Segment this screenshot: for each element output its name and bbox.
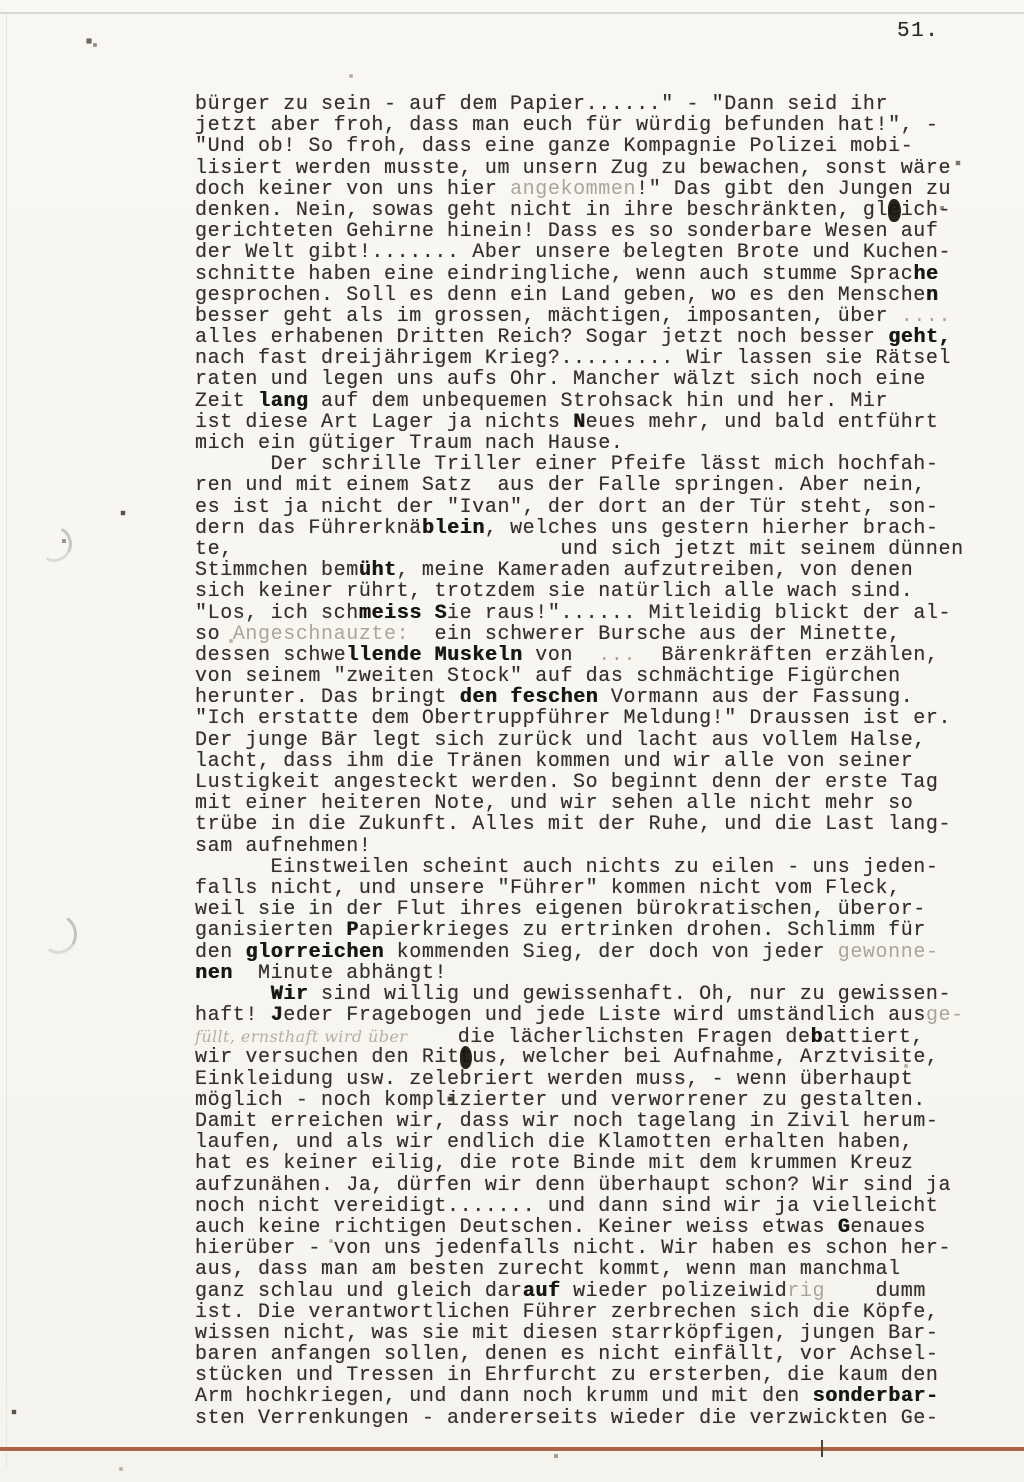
text-line: ist. Die verantwortlichen Führer zerbrec… [195, 1302, 1005, 1323]
text-line: gesprochen. Soll es denn ein Land geben,… [195, 285, 1005, 306]
text-line: haft! Jeder Fragebogen und jede Liste wi… [195, 1005, 1005, 1026]
text-segment: !" Das gibt den Jungen zu [636, 178, 951, 201]
text-line: dessen schwellende Muskeln von ... Bären… [195, 645, 1005, 666]
text-line: weil sie in der Flut ihres eigenen bürok… [195, 899, 1005, 920]
text-segment: Minute abhängt! [233, 962, 447, 985]
overstruck-text: lang [258, 390, 308, 413]
text-line: raten und legen uns aufs Ohr. Mancher wä… [195, 369, 1005, 390]
text-segment: ist diese Art Lager ja nichts [195, 411, 573, 434]
text-line: jetzt aber froh, dass man euch für würdi… [195, 115, 1005, 136]
punch-hole-top [31, 521, 76, 566]
text-line: von seinem "zweiten Stock" auf das schmä… [195, 666, 1005, 687]
text-segment: Lustigkeit angesteckt werden. So beginnt… [195, 771, 939, 794]
text-line: lisiert werden musste, um unsern Zug zu … [195, 158, 1005, 179]
text-line: lacht, dass ihm die Tränen kommen und wi… [195, 751, 1005, 772]
text-segment: stücken und Tressen in Ehrfurcht zu erst… [195, 1364, 939, 1387]
text-segment: Damit erreichen wir, dass wir noch tagel… [195, 1110, 939, 1133]
text-segment: enaues [850, 1216, 926, 1239]
text-segment: denken. Nein, sowas geht nicht in ihre b… [195, 199, 888, 222]
scan-bottom-rule [0, 1447, 1024, 1451]
text-segment: "Los, ich sch [195, 602, 359, 625]
faint-text: angekommen [510, 178, 636, 201]
handwritten-correction: füllt, ernsthaft wird über [195, 1027, 407, 1046]
overstruck-text: P [346, 919, 359, 942]
text-segment: aufzunähen. Ja, dürfen wir denn überhaup… [195, 1174, 951, 1197]
text-line: wissen nicht, was sie mit diesen starrkö… [195, 1323, 1005, 1344]
text-line: möglich - noch komplizierter und verworr… [195, 1090, 1005, 1111]
text-segment: "Ich erstatte dem Obertruppführer Meldun… [195, 707, 951, 730]
overstruck-text: Wir [271, 983, 309, 1006]
ink-blot-icon: t [460, 1046, 473, 1069]
scan-speckles [0, 0, 2, 2]
text-line: aufzunähen. Ja, dürfen wir denn überhaup… [195, 1175, 1005, 1196]
text-line: Wir sind willig und gewissenhaft. Oh, nu… [195, 984, 1005, 1005]
text-segment: us, welcher bei Aufnahme, Arztvisite, [472, 1046, 938, 1069]
text-segment: ganz schlau und gleich dar [195, 1280, 523, 1303]
text-segment: besser geht als im grossen, mächtigen, i… [195, 305, 888, 328]
text-segment: den [195, 941, 245, 964]
text-segment: eues mehr, und bald entführt [586, 411, 939, 434]
text-segment: Arm hochkriegen, und dann noch krumm und… [195, 1385, 813, 1408]
text-line: wir versuchen den Rittus, welcher bei Au… [195, 1047, 1005, 1068]
text-segment: wieder polizeiwid [560, 1280, 787, 1303]
text-line: so Angeschnauzte: ein schwerer Bursche a… [195, 624, 1005, 645]
overstruck-text: sonderbar- [813, 1385, 939, 1408]
overstruck-text: n [926, 284, 939, 307]
text-segment: Einkleidung usw. zelebriert werden muss,… [195, 1068, 913, 1091]
text-segment: Stimmchen bem [195, 559, 359, 582]
text-line: aus, dass man am besten zurecht kommt, w… [195, 1259, 1005, 1280]
text-segment: hat es keiner eilig, die rote Binde mit … [195, 1152, 913, 1175]
text-line: doch keiner von uns hier angekommen!" Da… [195, 179, 1005, 200]
text-segment [195, 983, 271, 1006]
scan-edge-left [6, 14, 7, 1469]
text-segment: laufen, und als wir endlich die Klamotte… [195, 1131, 913, 1154]
typewritten-text: bürger zu sein - auf dem Papier......" -… [195, 94, 1005, 1429]
faint-text: Angeschnauzte: [233, 623, 409, 646]
text-segment: auf dem unbequemen Strohsack hin und her… [308, 390, 888, 413]
text-segment: te, und sich jetzt mit seinem dünnen [195, 538, 964, 561]
text-line: noch nicht vereidigt....... und dann sin… [195, 1196, 1005, 1217]
text-line: gerichteten Gehirne hinein! Dass es so s… [195, 221, 1005, 242]
text-segment: von seinem "zweiten Stock" auf das schmä… [195, 665, 901, 688]
overstruck-text: llende Muskeln [346, 644, 522, 667]
text-line: Der junge Bär legt sich zurück und lacht… [195, 730, 1005, 751]
text-segment: Zeit [195, 390, 258, 413]
text-segment: eder Fragebogen und jede Liste wird umst… [283, 1004, 926, 1027]
text-line: herunter. Das bringt den feschen Vormann… [195, 687, 1005, 708]
text-segment: herunter. Das bringt [195, 686, 460, 709]
text-line: hat es keiner eilig, die rote Binde mit … [195, 1153, 1005, 1174]
text-segment: dessen schwe [195, 644, 346, 667]
text-line: hierüber - von uns jedenfalls nicht. Wir… [195, 1238, 1005, 1259]
text-segment: apierkrieges zu ertrinken drohen. Schlim… [359, 919, 926, 942]
text-segment: ganisierten [195, 919, 346, 942]
text-segment: "Und ob! So froh, dass eine ganze Kompag… [195, 135, 913, 158]
text-line: es ist ja nicht der "Ivan", der dort an … [195, 497, 1005, 518]
scanned-typewritten-page: 51. bürger zu sein - auf dem Papier.....… [0, 0, 1024, 1482]
text-segment: lacht, dass ihm die Tränen kommen und wi… [195, 750, 913, 773]
text-segment: Vormann aus der Fassung. [598, 686, 913, 709]
text-line: alles erhabenen Dritten Reich? Sogar jet… [195, 327, 1005, 348]
text-segment: ein schwerer Bursche aus der Minette, [409, 623, 900, 646]
text-segment: von [523, 644, 599, 667]
overstruck-text: G [838, 1216, 851, 1239]
text-segment: alles erhabenen Dritten Reich? Sogar jet… [195, 326, 888, 349]
text-segment: trübe in die Zukunft. Alles mit der Ruhe… [195, 813, 951, 836]
faint-text: ge- [926, 1004, 964, 1027]
text-segment: dern das Führerknä [195, 517, 422, 540]
text-segment: hierüber - von uns jedenfalls nicht. Wir… [195, 1237, 951, 1260]
text-line: auch keine richtigen Deutschen. Keiner w… [195, 1217, 1005, 1238]
text-line: sten Verrenkungen - andererseits wieder … [195, 1408, 1005, 1429]
overstruck-text: blein [422, 517, 485, 540]
faint-text: rig [787, 1280, 825, 1303]
text-line: laufen, und als wir endlich die Klamotte… [195, 1132, 1005, 1153]
text-line: "Ich erstatte dem Obertruppführer Meldun… [195, 708, 1005, 729]
text-segment: noch nicht vereidigt....... und dann sin… [195, 1195, 939, 1218]
text-segment: Einstweilen scheint auch nichts zu eilen… [195, 856, 939, 879]
text-line: schnitte haben eine eindringliche, wenn … [195, 264, 1005, 285]
text-segment: jetzt aber froh, dass man euch für würdi… [195, 114, 939, 137]
text-segment: falls nicht, und unsere "Führer" kommen … [195, 877, 901, 900]
text-segment: schnitte haben eine eindringliche, wenn … [195, 263, 913, 286]
text-segment: bürger zu sein - auf dem Papier......" -… [195, 93, 888, 116]
text-line: Der schrille Triller einer Pfeife lässt … [195, 454, 1005, 475]
overstruck-text: den feschen [460, 686, 599, 709]
text-line: denken. Nein, sowas geht nicht in ihre b… [195, 200, 1005, 221]
text-segment: sich keiner rührt, trotzdem sie natürlic… [195, 580, 913, 603]
overstruck-text: meiss S [359, 602, 447, 625]
overstruck-text: nen [195, 962, 233, 985]
text-line: Einkleidung usw. zelebriert werden muss,… [195, 1069, 1005, 1090]
text-segment: , meine Kameraden aufzutreiben, von dene… [397, 559, 914, 582]
text-line: ren und mit einem Satz aus der Falle spr… [195, 475, 1005, 496]
text-line: baren anfangen sollen, denen es nicht ei… [195, 1344, 1005, 1365]
overstruck-text: üht [359, 559, 397, 582]
overstruck-text: glorreichen [245, 941, 384, 964]
text-segment: aus, dass man am besten zurecht kommt, w… [195, 1258, 901, 1281]
text-line: ganz schlau und gleich darauf wieder pol… [195, 1281, 1005, 1302]
text-segment: ist. Die verantwortlichen Führer zerbrec… [195, 1301, 939, 1324]
text-line: mit einer heiteren Note, und wir sehen a… [195, 793, 1005, 814]
text-line: füllt, ernsthaft wird über die lächerlic… [195, 1026, 1005, 1047]
text-segment: der Welt gibt!....... Aber unsere belegt… [195, 241, 951, 264]
text-segment: ich- [901, 199, 951, 222]
text-segment: Der junge Bär legt sich zurück und lacht… [195, 729, 926, 752]
text-segment: mich ein gütiger Traum nach Hause. [195, 432, 623, 455]
text-segment: sten Verrenkungen - andererseits wieder … [195, 1407, 939, 1430]
text-line: sich keiner rührt, trotzdem sie natürlic… [195, 581, 1005, 602]
text-segment: doch keiner von uns hier [195, 178, 510, 201]
text-segment: gesprochen. Soll es denn ein Land geben,… [195, 284, 926, 307]
faint-text: ... [598, 644, 636, 667]
overstruck-text: geht, [888, 326, 951, 349]
text-line: bürger zu sein - auf dem Papier......" -… [195, 94, 1005, 115]
text-line: nen Minute abhängt! [195, 963, 1005, 984]
text-line: Damit erreichen wir, dass wir noch tagel… [195, 1111, 1005, 1132]
ink-blot-icon: e [888, 199, 901, 222]
text-segment: lisiert werden musste, um unsern Zug zu … [195, 157, 951, 180]
text-segment: sind willig und gewissenhaft. Oh, nur zu… [308, 983, 951, 1006]
overstruck-text: auf [523, 1280, 561, 1303]
scan-edge-top [0, 12, 1024, 14]
text-line: Lustigkeit angesteckt werden. So beginnt… [195, 772, 1005, 793]
text-line: dern das Führerknäblein, welches uns ges… [195, 518, 1005, 539]
text-segment: nach fast dreijährigem Krieg?......... W… [195, 347, 951, 370]
text-line: ist diese Art Lager ja nichts Neues mehr… [195, 412, 1005, 433]
text-segment: möglich - noch komplizierter und verworr… [195, 1089, 926, 1112]
text-line: nach fast dreijährigem Krieg?......... W… [195, 348, 1005, 369]
text-line: sam aufnehmen! [195, 836, 1005, 857]
punch-hole-bottom [35, 910, 80, 957]
text-segment: sam aufnehmen! [195, 835, 371, 858]
text-segment: wir versuchen den Rit [195, 1046, 460, 1069]
text-segment: auch keine richtigen Deutschen. Keiner w… [195, 1216, 838, 1239]
text-line: "Los, ich schmeiss Sie raus!"...... Mitl… [195, 603, 1005, 624]
faint-text: gewonne- [838, 941, 939, 964]
text-segment: , welches uns gestern hierher brach- [485, 517, 939, 540]
text-segment: weil sie in der Flut ihres eigenen bürok… [195, 898, 926, 921]
text-segment: gerichteten Gehirne hinein! Dass es so s… [195, 220, 939, 243]
text-line: Arm hochkriegen, und dann noch krumm und… [195, 1386, 1005, 1407]
text-segment: ren und mit einem Satz aus der Falle spr… [195, 474, 926, 497]
text-segment: haft! [195, 1004, 271, 1027]
text-segment: baren anfangen sollen, denen es nicht ei… [195, 1343, 939, 1366]
text-line: trübe in die Zukunft. Alles mit der Ruhe… [195, 814, 1005, 835]
overstruck-text: he [913, 263, 938, 286]
text-line: "Und ob! So froh, dass eine ganze Kompag… [195, 136, 1005, 157]
text-line: der Welt gibt!....... Aber unsere belegt… [195, 242, 1005, 263]
text-segment: wissen nicht, was sie mit diesen starrkö… [195, 1322, 939, 1345]
text-segment: kommenden Sieg, der doch von jeder [384, 941, 838, 964]
text-line: besser geht als im grossen, mächtigen, i… [195, 306, 1005, 327]
text-line: Zeit lang auf dem unbequemen Strohsack h… [195, 391, 1005, 412]
text-segment: mit einer heiteren Note, und wir sehen a… [195, 792, 913, 815]
overstruck-text: N [573, 411, 586, 434]
text-segment: dumm [825, 1280, 926, 1303]
text-segment: Bärenkräften erzählen, [636, 644, 938, 667]
faint-text: .... [888, 305, 951, 328]
text-segment: es ist ja nicht der "Ivan", der dort an … [195, 496, 939, 519]
text-line: te, und sich jetzt mit seinem dünnen [195, 539, 1005, 560]
text-line: ganisierten Papierkrieges zu ertrinken d… [195, 920, 1005, 941]
text-line: den glorreichen kommenden Sieg, der doch… [195, 942, 1005, 963]
text-line: Stimmchen bemüht, meine Kameraden aufzut… [195, 560, 1005, 581]
text-line: stücken und Tressen in Ehrfurcht zu erst… [195, 1365, 1005, 1386]
overstruck-text: J [271, 1004, 284, 1027]
text-segment: so [195, 623, 233, 646]
text-segment: raten und legen uns aufs Ohr. Mancher wä… [195, 368, 926, 391]
page-number: 51. [897, 20, 939, 43]
text-line: mich ein gütiger Traum nach Hause. [195, 433, 1005, 454]
scan-bottom-tick [821, 1440, 823, 1457]
text-line: falls nicht, und unsere "Führer" kommen … [195, 878, 1005, 899]
text-segment: ie raus!"...... Mitleidig blickt der al- [447, 602, 951, 625]
text-segment: Der schrille Triller einer Pfeife lässt … [195, 453, 939, 476]
text-line: Einstweilen scheint auch nichts zu eilen… [195, 857, 1005, 878]
